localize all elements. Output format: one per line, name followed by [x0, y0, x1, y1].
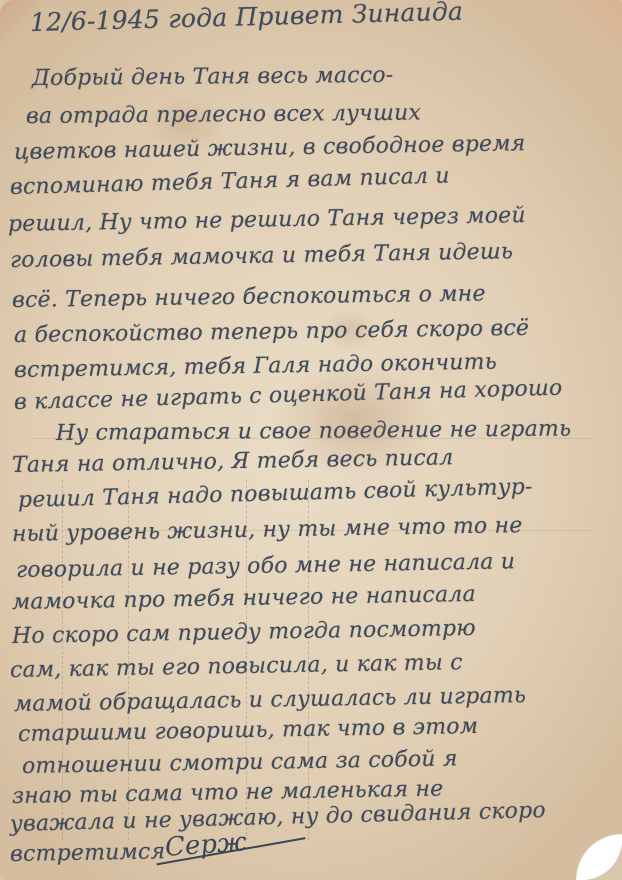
letter-line: сам, как ты его повысила, и как ты с: [10, 650, 463, 683]
letter-line: вспоминаю тебя Таня я вам писал и: [10, 163, 450, 200]
letter-line: Ну стараться и свое поведение не играть: [56, 417, 571, 446]
letter-line: Но скоро сам приеду тогда посмотрю: [12, 616, 476, 649]
letter-line: всё. Теперь ничего беспокоиться о мне: [12, 281, 486, 313]
letter-line: мамочка про тебя ничего не написала: [12, 582, 476, 615]
letter-line: встретимся: [10, 839, 166, 867]
letter-line: Добрый день Таня весь массо-: [32, 63, 394, 91]
letter-line: ный уровень жизни, ну ты мне что то не: [12, 513, 523, 547]
letter-line: Таня на отлично, Я тебя весь писал: [12, 445, 454, 478]
signature: Серж: [164, 827, 247, 863]
letter-line: мамой обращалась и слушалась ли играть: [14, 683, 527, 717]
paper-worn-corner: [542, 0, 622, 50]
letter-line: головы тебя мамочка и тебя Таня идешь: [10, 239, 514, 273]
letter-line: решил Таня надо повышать свой культур-: [18, 475, 533, 513]
paper-torn-corner: [542, 800, 622, 880]
letter-line: решил, Ну что не решило Таня через моей: [8, 203, 526, 237]
letter-line: а беспокойство теперь про себя скоро всё: [14, 316, 529, 348]
letter-line: цветков нашей жизни, в свободное время: [14, 131, 526, 165]
letter-line: встретимся, тебя Галя надо окончить: [14, 350, 497, 383]
letter-line: говорила и не разу обо мне не написала и: [16, 549, 516, 583]
letter-line: отношении смотри сама за собой я: [22, 746, 458, 779]
letter-line: ва отрада прелесно всех лучших: [26, 101, 421, 129]
letter-paper: 12/6-1945 года Привет Зинаида Добрый ден…: [0, 0, 622, 880]
letter-header: 12/6-1945 года Привет Зинаида: [30, 0, 464, 37]
letter-line: старшими говоришь, так что в этом: [18, 714, 479, 747]
